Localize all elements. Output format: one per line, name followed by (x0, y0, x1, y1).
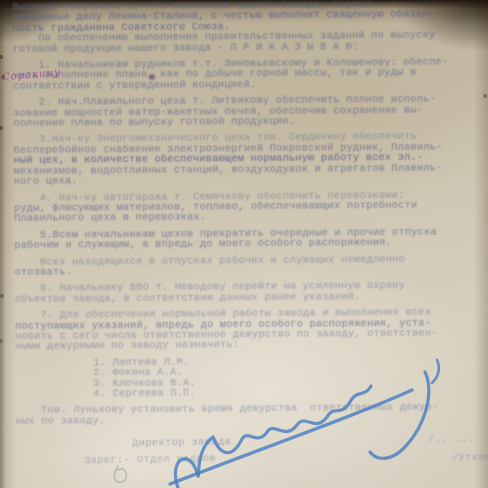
typed-line: готовой продукции нашего завода - П Р И … (13, 41, 472, 55)
document-photo: Выражаю уверенность, что коллектив нашег… (0, 0, 488, 488)
typed-line: ных по заводу. (16, 413, 475, 427)
typed-line: рабочим и служащим, а впредь до моего ос… (14, 237, 473, 251)
paper-specks (0, 0, 2, 2)
typed-line: ного цеха. (14, 173, 473, 187)
director-label: Директор завода (132, 436, 231, 450)
typed-line: 4. Сергеева П.П. (93, 386, 475, 399)
pencil-mark-stroke (114, 466, 126, 482)
registrar-label: Зарег:- Отдел кадров (84, 453, 216, 467)
registrar-signature-placeholder: /Уткина/ (452, 452, 488, 465)
typed-line: отозвать. (14, 264, 473, 278)
typed-line: полнение плана по выпуску готовой продук… (13, 115, 472, 129)
typed-line: Плавильного цеха в перевозках. (14, 211, 473, 225)
typed-line: соответствии с утвержденной кондицией. (13, 78, 472, 92)
typed-line: объектов завода, в соответствии данных р… (15, 291, 474, 305)
handwritten-insert-mark (147, 73, 157, 81)
typed-line: ными дежурными по заводу назначить: (15, 339, 474, 353)
typewritten-text: Выражаю уверенность, что коллектив нашег… (0, 0, 488, 427)
director-signature-placeholder: /............/ (428, 432, 488, 446)
